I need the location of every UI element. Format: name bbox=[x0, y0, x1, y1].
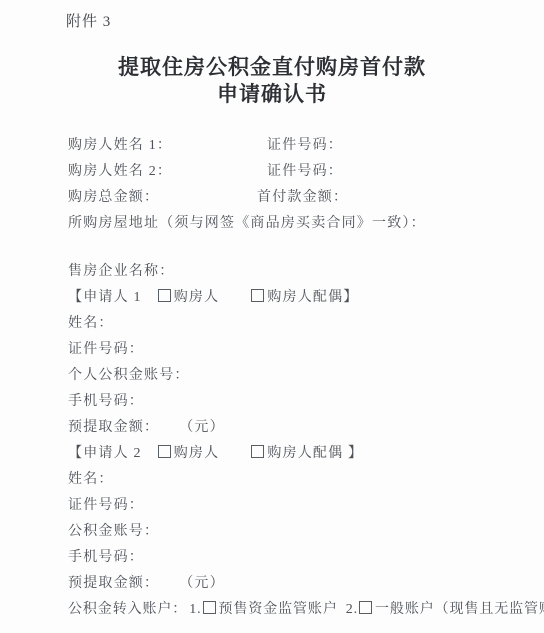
applicant1-fund-account-label: 个人公积金账号： bbox=[68, 368, 190, 383]
applicant1-fund-account-row: 个人公积金账号： bbox=[0, 363, 544, 389]
applicant2-buyer-checkbox-icon bbox=[158, 445, 171, 458]
total-amount-label: 购房总金额： bbox=[68, 190, 159, 205]
transfer-option1-checkbox-icon bbox=[203, 601, 216, 614]
applicant2-id-row: 证件号码： bbox=[0, 493, 544, 519]
applicant1-name-label: 姓名： bbox=[68, 316, 114, 331]
applicant2-label: 申请人 2 bbox=[83, 446, 142, 461]
transfer-option2-checkbox-icon bbox=[359, 601, 372, 614]
transfer-option1-number: 1. bbox=[189, 602, 201, 617]
row-buyer1: 购房人姓名 1：证件号码： bbox=[0, 133, 544, 159]
applicant2-amount-unit: （元） bbox=[186, 576, 225, 591]
attachment-label: 附件 3 bbox=[66, 10, 111, 31]
applicant1-buyer-option-label: 购房人 bbox=[174, 290, 220, 305]
applicant2-fund-account-row: 公积金账号： bbox=[0, 519, 544, 545]
row-buyer2: 购房人姓名 2：证件号码： bbox=[0, 159, 544, 185]
form-body: 购房人姓名 1：证件号码： 购房人姓名 2：证件号码： 购房总金额：首付款金额：… bbox=[0, 133, 544, 623]
buyer2-id-label: 证件号码： bbox=[267, 159, 343, 185]
applicant2-buyer-option-label: 购房人 bbox=[174, 446, 220, 461]
applicant2-spouse-option-label: 购房人配偶 bbox=[267, 446, 343, 461]
applicant1-phone-label: 手机号码： bbox=[68, 394, 144, 409]
applicant1-amount-label: 预提取金额： bbox=[68, 420, 159, 435]
applicant1-spouse-option-label: 购房人配偶 bbox=[267, 290, 343, 305]
applicant1-buyer-checkbox-icon bbox=[158, 289, 171, 302]
applicant2-bracket-close: 】 bbox=[343, 446, 363, 461]
applicant1-amount-row: 预提取金额：（元） bbox=[0, 415, 544, 441]
document-title-line1: 提取住房公积金直付购房首付款 bbox=[0, 54, 544, 81]
transfer-option2-number: 2. bbox=[346, 602, 358, 617]
applicant1-id-label: 证件号码： bbox=[68, 342, 144, 357]
scanned-form-page: 附件 3 提取住房公积金直付购房首付款 申请确认书 购房人姓名 1：证件号码： … bbox=[0, 0, 544, 633]
applicant2-header: 【申请人 2购房人购房人配偶 】 bbox=[0, 441, 544, 467]
applicant2-id-label: 证件号码： bbox=[68, 498, 144, 513]
applicant2-spouse-checkbox-icon bbox=[251, 445, 264, 458]
applicant2-fund-account-label: 公积金账号： bbox=[68, 524, 159, 539]
row-amounts: 购房总金额：首付款金额： bbox=[0, 185, 544, 211]
buyer1-id-label: 证件号码： bbox=[267, 133, 343, 159]
applicant2-name-label: 姓名： bbox=[68, 472, 114, 487]
applicant1-name-row: 姓名： bbox=[0, 311, 544, 337]
applicant1-header: 【申请人 1购房人购房人配偶】 bbox=[0, 285, 544, 311]
applicant1-phone-row: 手机号码： bbox=[0, 389, 544, 415]
applicant2-buyer-option: 购房人 bbox=[158, 446, 220, 461]
transfer-option2-label: 一般账户（现售且无监管账 bbox=[375, 602, 544, 617]
transfer-option1-label: 预售资金监管账户 bbox=[219, 602, 338, 617]
applicant2-phone-label: 手机号码： bbox=[68, 550, 144, 565]
applicant1-label: 申请人 1 bbox=[83, 290, 142, 305]
row-seller-name: 售房企业名称： bbox=[0, 259, 544, 285]
row-house-address: 所购房屋地址（须与网签《商品房买卖合同》一致）： bbox=[0, 211, 544, 237]
buyer2-name-label: 购房人姓名 2： bbox=[68, 164, 172, 179]
applicant1-spouse-checkbox-icon bbox=[251, 289, 264, 302]
applicant2-bracket-open: 【 bbox=[68, 446, 83, 461]
applicant1-amount-unit: （元） bbox=[186, 420, 225, 435]
transfer-account-row: 公积金转入账户：1.预售资金监管账户2.一般账户（现售且无监管账 bbox=[0, 597, 544, 623]
document-title-line2: 申请确认书 bbox=[0, 81, 544, 108]
applicant2-spouse-option: 购房人配偶 bbox=[251, 446, 343, 461]
transfer-account-label: 公积金转入账户： bbox=[68, 602, 187, 617]
applicant1-spouse-option: 购房人配偶 bbox=[251, 290, 343, 305]
document-title: 提取住房公积金直付购房首付款 申请确认书 bbox=[0, 54, 544, 108]
applicant2-amount-row: 预提取金额：（元） bbox=[0, 571, 544, 597]
applicant1-bracket-close: 】 bbox=[343, 290, 358, 305]
house-address-label: 所购房屋地址（须与网签《商品房买卖合同》一致）： bbox=[68, 216, 426, 231]
applicant2-amount-label: 预提取金额： bbox=[68, 576, 159, 591]
applicant1-buyer-option: 购房人 bbox=[158, 290, 220, 305]
downpayment-amount-label: 首付款金额： bbox=[257, 185, 348, 211]
applicant2-phone-row: 手机号码： bbox=[0, 545, 544, 571]
applicant1-id-row: 证件号码： bbox=[0, 337, 544, 363]
spacer bbox=[0, 237, 544, 259]
seller-name-label: 售房企业名称： bbox=[68, 264, 174, 279]
applicant1-bracket-open: 【 bbox=[68, 290, 83, 305]
buyer1-name-label: 购房人姓名 1： bbox=[68, 138, 172, 153]
applicant2-name-row: 姓名： bbox=[0, 467, 544, 493]
